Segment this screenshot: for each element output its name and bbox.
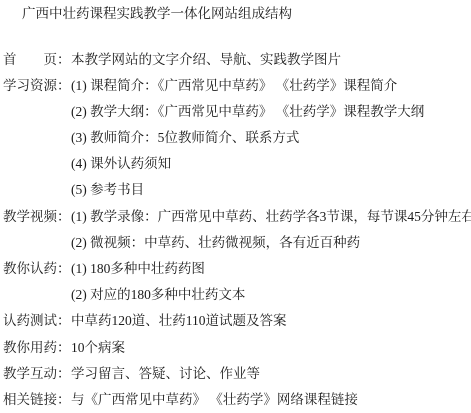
- document-page: 广西中壮药课程实践教学一体化网站组成结构 首 页： 本教学网站的文字介绍、导航、…: [0, 4, 471, 413]
- row-label: 教学互动：: [3, 361, 71, 387]
- doc-row: (2) 微视频：中草药、壮药微视频，各有近百种药: [3, 230, 471, 256]
- row-label: [3, 177, 71, 203]
- doc-row: 教学视频： (1) 教学录像：广西常见中草药、壮药学各3节课，每节课45分钟左右: [3, 204, 471, 230]
- doc-row: 相关链接： 与《广西常见中草药》 《壮药学》网络课程链接: [3, 387, 471, 413]
- doc-row: (4) 课外认药须知: [3, 151, 471, 177]
- row-label: 首 页：: [3, 47, 71, 73]
- doc-row: 教你用药： 10个病案: [3, 335, 471, 361]
- row-content: 与《广西常见中草药》 《壮药学》网络课程链接: [71, 387, 358, 413]
- row-content: 10个病案: [71, 335, 125, 361]
- row-content: (2) 微视频：中草药、壮药微视频，各有近百种药: [71, 230, 360, 256]
- row-label: [3, 151, 71, 177]
- row-label: 教你认药：: [3, 256, 71, 282]
- doc-row: 首 页： 本教学网站的文字介绍、导航、实践教学图片: [3, 47, 471, 73]
- row-content: (1) 教学录像：广西常见中草药、壮药学各3节课，每节课45分钟左右: [71, 204, 471, 230]
- row-label: 相关链接：: [3, 387, 71, 413]
- doc-row: 教学互动： 学习留言、答疑、讨论、作业等: [3, 361, 471, 387]
- doc-row: (5) 参考书目: [3, 177, 471, 203]
- row-content: 中草药120道、壮药110道试题及答案: [71, 308, 287, 334]
- row-content: (2) 对应的180多种中壮药文本: [71, 282, 245, 308]
- row-label: [3, 125, 71, 151]
- doc-row: (2) 教学大纲：《广西常见中草药》 《壮药学》课程教学大纲: [3, 99, 471, 125]
- row-label: 认药测试：: [3, 308, 71, 334]
- doc-row: (3) 教师简介：5位教师简介、联系方式: [3, 125, 471, 151]
- row-label: [3, 99, 71, 125]
- row-content: (1) 180多种中壮药药图: [71, 256, 205, 282]
- document-body: 首 页： 本教学网站的文字介绍、导航、实践教学图片 学习资源： (1) 课程简介…: [0, 47, 471, 413]
- doc-row: (2) 对应的180多种中壮药文本: [3, 282, 471, 308]
- row-label: [3, 282, 71, 308]
- doc-row: 学习资源： (1) 课程简介：《广西常见中草药》 《壮药学》课程简介: [3, 73, 471, 99]
- doc-row: 认药测试： 中草药120道、壮药110道试题及答案: [3, 308, 471, 334]
- row-label: 教学视频：: [3, 204, 71, 230]
- row-content: (3) 教师简介：5位教师简介、联系方式: [71, 125, 299, 151]
- row-content: (5) 参考书目: [71, 177, 144, 203]
- row-content: 本教学网站的文字介绍、导航、实践教学图片: [71, 47, 341, 73]
- row-content: (2) 教学大纲：《广西常见中草药》 《壮药学》课程教学大纲: [71, 99, 424, 125]
- page-title: 广西中壮药课程实践教学一体化网站组成结构: [22, 4, 471, 24]
- row-label: 教你用药：: [3, 335, 71, 361]
- row-label: [3, 230, 71, 256]
- doc-row: 教你认药： (1) 180多种中壮药药图: [3, 256, 471, 282]
- row-content: (1) 课程简介：《广西常见中草药》 《壮药学》课程简介: [71, 73, 397, 99]
- row-content: 学习留言、答疑、讨论、作业等: [71, 361, 260, 387]
- row-label: 学习资源：: [3, 73, 71, 99]
- row-content: (4) 课外认药须知: [71, 151, 171, 177]
